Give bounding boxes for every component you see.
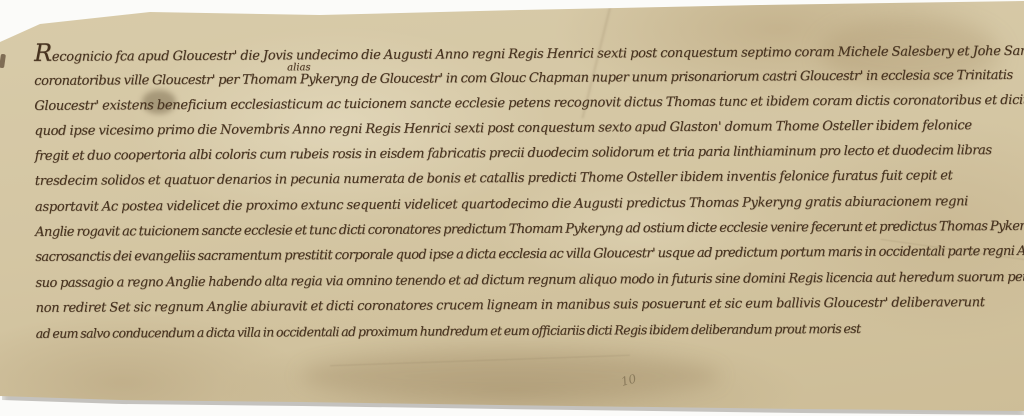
manuscript-line-7: asportavit Ac postea videlicet die proxi…: [35, 194, 968, 215]
interlinear-insertion: alias: [287, 62, 311, 73]
manuscript-line-2: coronatoribus ville Gloucestr' per Thoma…: [34, 68, 1013, 89]
parchment: Recognicio fca apud Gloucestr' die Jovis…: [0, 0, 1024, 416]
manuscript-line-10: suo passagio a regno Anglie habendo alta…: [35, 270, 1024, 291]
manuscript-line-8: Anglie rogavit ac tuicionem sancte eccle…: [35, 219, 1024, 240]
manuscript-line-3: Gloucestr' existens beneficium ecclesias…: [34, 93, 1024, 114]
manuscript-line-6: tresdecim solidos et quatuor denarios in…: [35, 168, 953, 189]
manuscript-line-9: sacrosanctis dei evangeliis sacramentum …: [35, 243, 1024, 265]
manuscript-line-5: fregit et duo coopertoria albi coloris c…: [35, 143, 992, 164]
manuscript-text-block: Recognicio fca apud Gloucestr' die Jovis…: [0, 0, 1024, 416]
folio-number: 10: [620, 372, 638, 389]
manuscript-line-1: Recognicio fca apud Gloucestr' die Jovis…: [34, 42, 1024, 65]
manuscript-line-12: ad eum salvo conducendum a dicta villa i…: [36, 321, 861, 341]
manuscript-line-11: non rediret Set sic regnum Anglie abiura…: [36, 295, 985, 316]
manuscript-line-4: quod ipse vicesimo primo die Novembris A…: [34, 118, 971, 139]
manuscript-photo: Recognicio fca apud Gloucestr' die Jovis…: [0, 0, 1024, 416]
